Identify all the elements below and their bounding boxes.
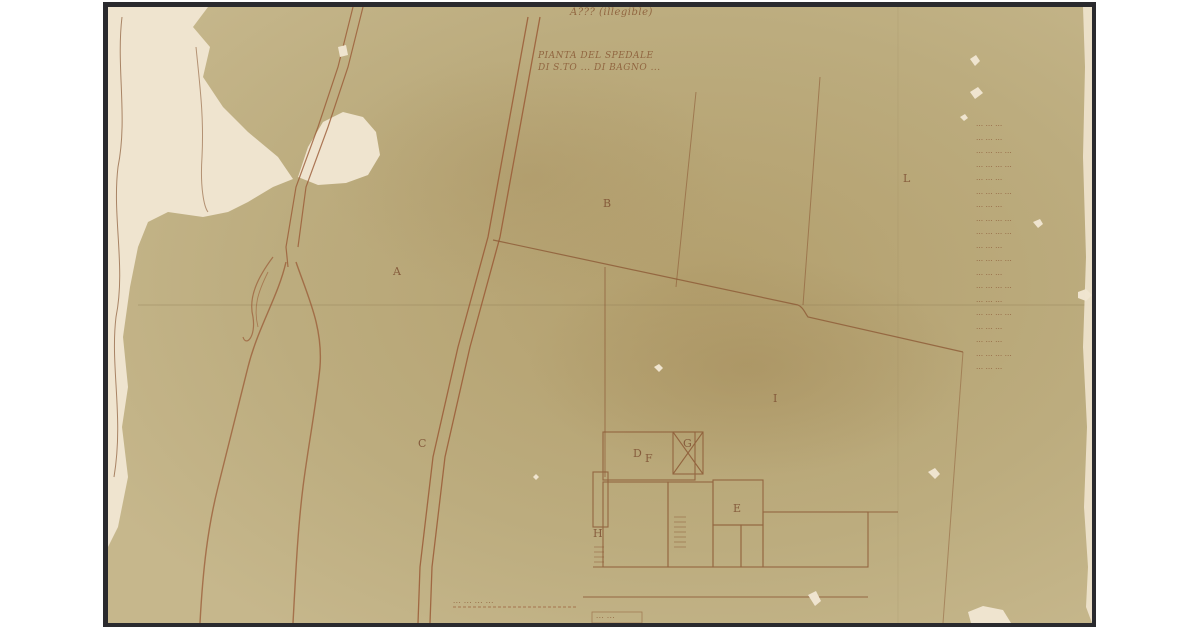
label-l: L xyxy=(903,172,910,185)
title-line-2: DI S.TO ... DI BAGNO ... xyxy=(538,63,661,73)
note-line: ... ... ... xyxy=(976,131,1092,145)
note-line: ... ... ... ... xyxy=(976,279,1092,293)
note-line: ... ... ... xyxy=(976,320,1092,334)
note-line: ... ... ... xyxy=(976,360,1092,374)
label-e: E xyxy=(733,502,741,515)
note-line: ... ... ... ... xyxy=(976,144,1092,158)
label-d: D xyxy=(633,447,642,460)
label-b: B xyxy=(603,197,611,210)
label-f: F xyxy=(645,452,653,465)
note-line: ... ... ... ... xyxy=(976,158,1092,172)
note-line: ... ... ... xyxy=(976,293,1092,307)
note-line: ... ... ... xyxy=(976,171,1092,185)
note-line: ... ... ... xyxy=(976,117,1092,131)
note-line: ... ... ... xyxy=(976,266,1092,280)
note-line: ... ... ... xyxy=(976,239,1092,253)
bottom-box-caption: ... ... xyxy=(596,612,615,620)
title-line-1: PIANTA DEL SPEDALE xyxy=(538,51,654,61)
label-g: G xyxy=(683,437,692,450)
note-line: ... ... ... ... xyxy=(976,225,1092,239)
title-stamp: A??? (illegible) xyxy=(570,7,653,18)
note-line: ... ... ... ... xyxy=(976,185,1092,199)
label-c: C xyxy=(418,437,426,450)
note-line: ... ... ... xyxy=(976,333,1092,347)
note-line: ... ... ... ... xyxy=(976,212,1092,226)
label-h: H xyxy=(593,527,603,540)
manuscript-sheet: A??? (illegible) PIANTA DEL SPEDALE DI S… xyxy=(108,7,1092,623)
label-a: A xyxy=(393,265,401,278)
note-line: ... ... ... xyxy=(976,198,1092,212)
label-i: I xyxy=(773,392,777,405)
scale-caption: ... ... ... ... xyxy=(453,597,494,605)
side-notes: ... ... ... ... ... ... ... ... ... ... … xyxy=(976,117,1092,374)
note-line: ... ... ... ... xyxy=(976,347,1092,361)
note-line: ... ... ... ... xyxy=(976,252,1092,266)
note-line: ... ... ... ... xyxy=(976,306,1092,320)
